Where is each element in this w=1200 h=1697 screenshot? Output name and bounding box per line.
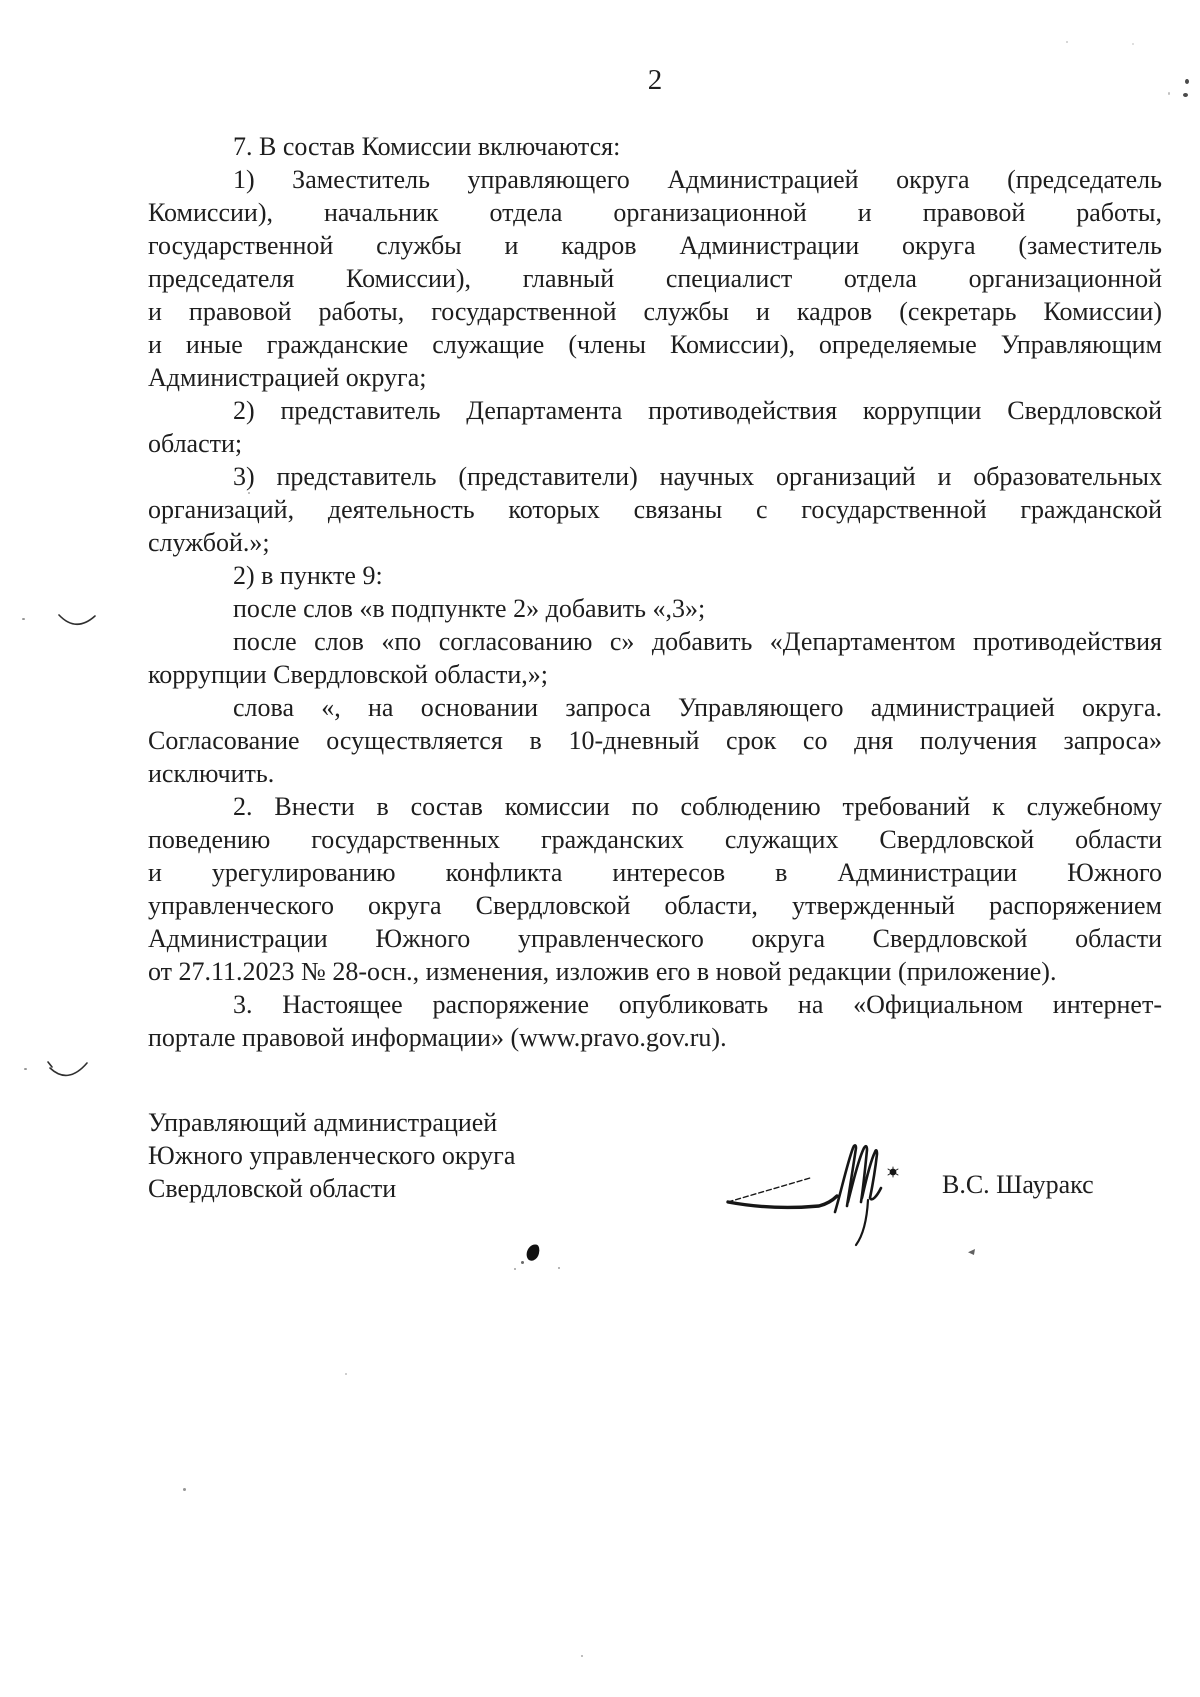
- text-line: 3. Настоящее распоряжение опубликовать н…: [148, 988, 1162, 1021]
- ink-speck: [1183, 93, 1188, 97]
- text-line: слова «, на основании запроса Управляюще…: [148, 691, 1162, 724]
- ink-speck: [1066, 41, 1068, 43]
- text-line: 3) представитель (представители) научных…: [148, 460, 1162, 493]
- signatory-title-line-3: Свердловской области: [148, 1172, 515, 1205]
- document-page: 2 7. В состав Комиссии включаются:1) Зам…: [0, 0, 1200, 1697]
- text-line: государственной службы и кадров Админист…: [148, 229, 1162, 262]
- text-line: организаций, деятельность которых связан…: [148, 493, 1162, 526]
- text-line: после слов «в подпункте 2» добавить «,3»…: [148, 592, 1162, 625]
- text-line: Администрации Южного управленческого окр…: [148, 922, 1162, 955]
- text-line: коррупции Свердловской области,»;: [148, 658, 1162, 691]
- text-line: службой.»;: [148, 526, 1162, 559]
- text-line: 2. Внести в состав комиссии по соблюдени…: [148, 790, 1162, 823]
- text-line: управленческого округа Свердловской обла…: [148, 889, 1162, 922]
- signatory-name: В.С. Шауракс: [942, 1168, 1094, 1201]
- ink-speck: [1168, 92, 1170, 95]
- text-line: после слов «по согласованию с» добавить …: [148, 625, 1162, 658]
- ink-speck: [968, 1249, 975, 1255]
- text-line: и иные гражданские служащие (члены Комис…: [148, 328, 1162, 361]
- text-line: Администрацией округа;: [148, 361, 1162, 394]
- text-line: Комиссии), начальник отдела организацион…: [148, 196, 1162, 229]
- ink-speck: [248, 492, 250, 494]
- ink-speck: [183, 1488, 186, 1491]
- ink-speck: [514, 1268, 516, 1270]
- ink-speck: [558, 1267, 560, 1269]
- text-line: поведению государственных гражданских сл…: [148, 823, 1162, 856]
- body-text: 7. В состав Комиссии включаются:1) Замес…: [148, 130, 1162, 1054]
- ink-blot: [525, 1243, 541, 1263]
- text-line: 1) Заместитель управляющего Администраци…: [148, 163, 1162, 196]
- ink-speck: [345, 1373, 347, 1375]
- text-line: 7. В состав Комиссии включаются:: [148, 130, 1162, 163]
- text-line: 2) в пункте 9:: [148, 559, 1162, 592]
- ink-speck: [521, 1261, 524, 1264]
- signature-block: Управляющий администрацией Южного управл…: [148, 1106, 515, 1205]
- text-line: и правовой работы, государственной служб…: [148, 295, 1162, 328]
- margin-arc-mark-icon: [56, 609, 98, 631]
- text-line: и урегулированию конфликта интересов в А…: [148, 856, 1162, 889]
- page-number: 2: [148, 64, 1162, 96]
- signature-scribble: [715, 1136, 945, 1254]
- text-line: портале правовой информации» (www.pravo.…: [148, 1021, 1162, 1054]
- ink-speck: [22, 618, 25, 620]
- signatory-title-line-1: Управляющий администрацией: [148, 1106, 515, 1139]
- margin-arc-mark-icon: [44, 1058, 90, 1084]
- text-line: Согласование осуществляется в 10-дневный…: [148, 724, 1162, 757]
- ink-speck: [1185, 79, 1189, 84]
- text-line: от 27.11.2023 № 28-осн., изменения, изло…: [148, 955, 1162, 988]
- text-line: 2) представитель Департамента противодей…: [148, 394, 1162, 427]
- text-line: исключить.: [148, 757, 1162, 790]
- text-line: председателя Комиссии), главный специали…: [148, 262, 1162, 295]
- signatory-title-line-2: Южного управленческого округа: [148, 1139, 515, 1172]
- ink-speck: [1132, 43, 1134, 45]
- text-line: области;: [148, 427, 1162, 460]
- ink-speck: [581, 1655, 583, 1657]
- ink-speck: [24, 1068, 27, 1070]
